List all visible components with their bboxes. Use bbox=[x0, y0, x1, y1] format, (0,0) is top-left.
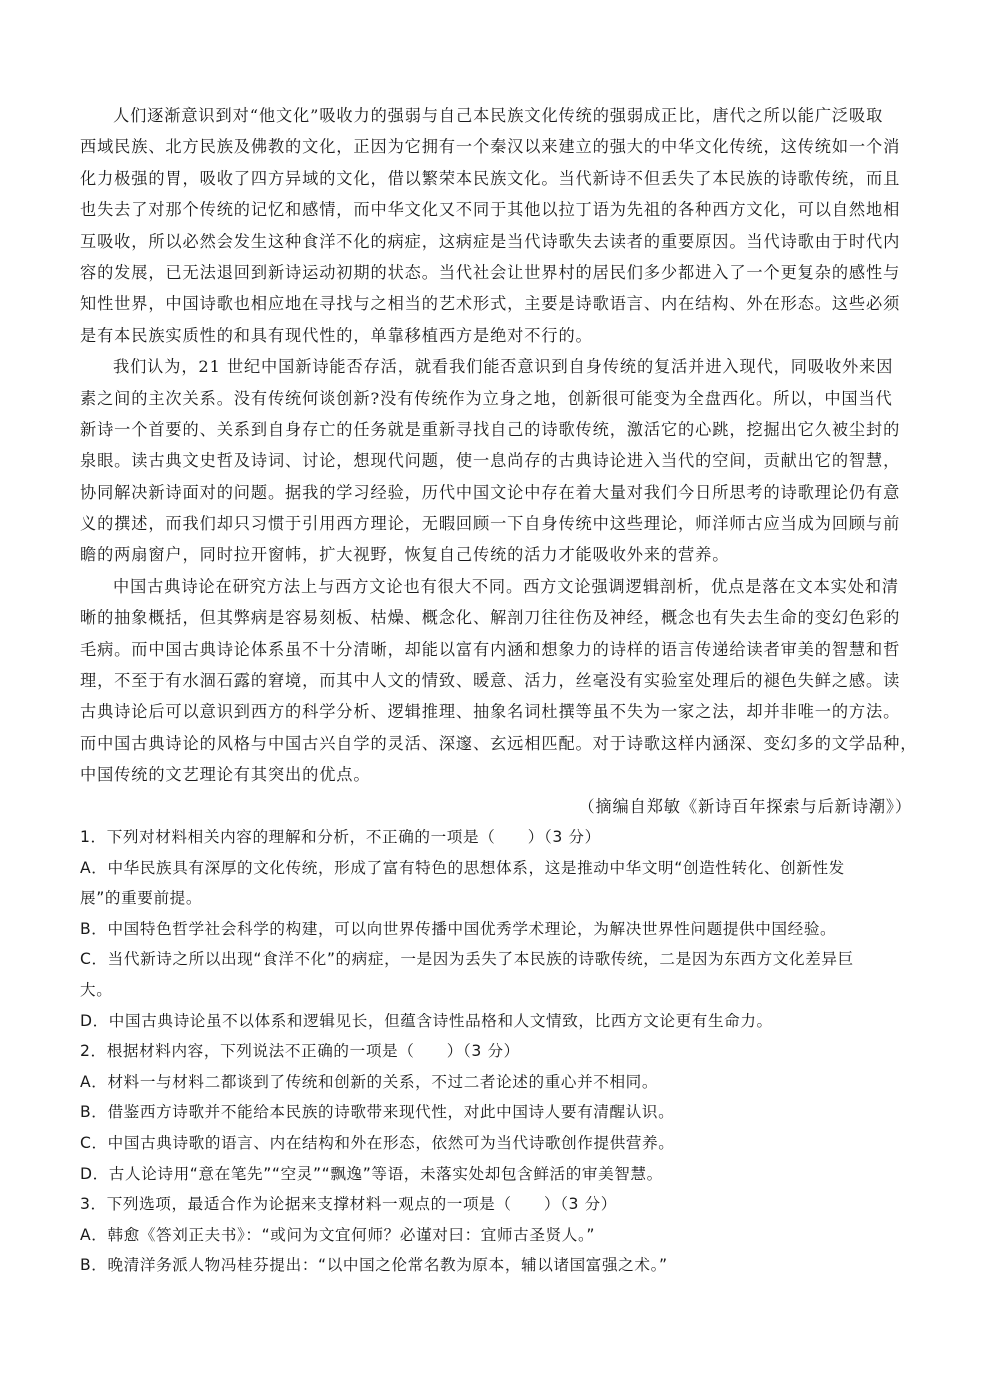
text-line: 西域民族、北方民族及佛教的文化，正因为它拥有一个秦汉以来建立的强大的中华文化传统… bbox=[80, 131, 920, 162]
option-a: A．韩愈《答刘正夫书》：“或问为文宜何师？必谨对曰：宜师古圣贤人。” bbox=[80, 1220, 920, 1251]
text-line: 古典诗论后可以意识到西方的科学分析、逻辑推理、抽象名词杜撰等虽不失为一家之法，却… bbox=[80, 696, 920, 727]
option-b: B．晚清洋务派人物冯桂芬提出：“以中国之伦常名教为原本，辅以诸国富强之术。” bbox=[80, 1250, 920, 1281]
question-stem: 3．下列选项，最适合作为论据来支撑材料一观点的一项是（ ）（3 分） bbox=[80, 1189, 920, 1220]
option-c-cont: 大。 bbox=[80, 975, 920, 1006]
option-d: D．中国古典诗论虽不以体系和逻辑见长，但蕴含诗性品格和人文情致，比西方文论更有生… bbox=[80, 1006, 920, 1037]
option-b: B．借鉴西方诗歌并不能给本民族的诗歌带来现代性，对此中国诗人要有清醒认识。 bbox=[80, 1097, 920, 1128]
text-line: 化力极强的胃，吸收了四方异域的文化，借以繁荣本民族文化。当代新诗不但丢失了本民族… bbox=[80, 163, 920, 194]
text-line: 毛病。而中国古典诗论体系虽不十分清晰，却能以富有内涵和想象力的诗样的语言传递给读… bbox=[80, 634, 920, 665]
question-stem: 1．下列对材料相关内容的理解和分析，不正确的一项是（ ）（3 分） bbox=[80, 822, 920, 853]
text-line: 中国传统的文艺理论有其突出的优点。 bbox=[80, 759, 920, 790]
option-b: B．中国特色哲学社会科学的构建，可以向世界传播中国优秀学术理论，为解决世界性问题… bbox=[80, 914, 920, 945]
option-a: A．材料一与材料二都谈到了传统和创新的关系，不过二者论述的重心并不相同。 bbox=[80, 1067, 920, 1098]
text-line: 协同解决新诗面对的问题。据我的学习经验，历代中国文论中存在着大量对我们今日所思考… bbox=[80, 477, 920, 508]
text-line: 我们认为，21 世纪中国新诗能否存活，就看我们能否意识到自身传统的复活并进入现代… bbox=[80, 351, 920, 382]
option-c: C．中国古典诗歌的语言、内在结构和外在形态，依然可为当代诗歌创作提供营养。 bbox=[80, 1128, 920, 1159]
paragraph-2: 我们认为，21 世纪中国新诗能否存活，就看我们能否意识到自身传统的复活并进入现代… bbox=[80, 351, 920, 571]
option-a: A．中华民族具有深厚的文化传统，形成了富有特色的思想体系，这是推动中华文明“创造… bbox=[80, 853, 920, 884]
text-line: 素之间的主次关系。没有传统何谈创新?没有传统作为立身之地，创新很可能变为全盘西化… bbox=[80, 383, 920, 414]
passage: 人们逐渐意识到对“他文化”吸收力的强弱与自己本民族文化传统的强弱成正比，唐代之所… bbox=[80, 100, 920, 822]
text-line: 也失去了对那个传统的记忆和感情，而中华文化又不同于其他以拉丁语为先祖的各种西方文… bbox=[80, 194, 920, 225]
option-c: C．当代新诗之所以出现“食洋不化”的病症，一是因为丢失了本民族的诗歌传统，二是因… bbox=[80, 944, 920, 975]
source-citation: （摘编自郑敏《新诗百年探索与后新诗潮》） bbox=[80, 791, 920, 822]
text-line: 中国古典诗论在研究方法上与西方文论也有很大不同。西方文论强调逻辑剖析，优点是落在… bbox=[80, 571, 920, 602]
text-line: 互吸收，所以必然会发生这种食洋不化的病症，这病症是当代诗歌失去读者的重要原因。当… bbox=[80, 226, 920, 257]
option-a-cont: 展”的重要前提。 bbox=[80, 883, 920, 914]
text-line: 义的撰述，而我们却只习惯于引用西方理论，无暇回顾一下自身传统中这些理论，师洋师古… bbox=[80, 508, 920, 539]
text-line: 理，不至于有水涸石露的窘境，而其中人文的情致、暖意、活力，丝毫没有实验室处理后的… bbox=[80, 665, 920, 696]
text-line: 泉眼。读古典文史哲及诗词、讨论，想现代问题，使一息尚存的古典诗论进入当代的空间，… bbox=[80, 445, 920, 476]
paragraph-1: 人们逐渐意识到对“他文化”吸收力的强弱与自己本民族文化传统的强弱成正比，唐代之所… bbox=[80, 100, 920, 351]
paragraph-3: 中国古典诗论在研究方法上与西方文论也有很大不同。西方文论强调逻辑剖析，优点是落在… bbox=[80, 571, 920, 791]
text-line: 新诗一个首要的、关系到自身存亡的任务就是重新寻找自己的诗歌传统，激活它的心跳，挖… bbox=[80, 414, 920, 445]
option-d: D．古人论诗用“意在笔先”“空灵”“飘逸”等语，未落实处却包含鲜活的审美智慧。 bbox=[80, 1159, 920, 1190]
text-line: 晰的抽象概括，但其弊病是容易刻板、枯燥、概念化、解剖刀往往伤及神经，概念也有失去… bbox=[80, 602, 920, 633]
question-stem: 2．根据材料内容，下列说法不正确的一项是（ ）（3 分） bbox=[80, 1036, 920, 1067]
question-1: 1．下列对材料相关内容的理解和分析，不正确的一项是（ ）（3 分） A．中华民族… bbox=[80, 822, 920, 1036]
question-3: 3．下列选项，最适合作为论据来支撑材料一观点的一项是（ ）（3 分） A．韩愈《… bbox=[80, 1189, 920, 1281]
text-line: 人们逐渐意识到对“他文化”吸收力的强弱与自己本民族文化传统的强弱成正比，唐代之所… bbox=[80, 100, 920, 131]
exam-page: 人们逐渐意识到对“他文化”吸收力的强弱与自己本民族文化传统的强弱成正比，唐代之所… bbox=[80, 100, 920, 1281]
question-2: 2．根据材料内容，下列说法不正确的一项是（ ）（3 分） A．材料一与材料二都谈… bbox=[80, 1036, 920, 1189]
text-line: 知性世界，中国诗歌也相应地在寻找与之相当的艺术形式，主要是诗歌语言、内在结构、外… bbox=[80, 288, 920, 319]
text-line: 是有本民族实质性的和具有现代性的，单靠移植西方是绝对不行的。 bbox=[80, 320, 920, 351]
text-line: 容的发展，已无法退回到新诗运动初期的状态。当代社会让世界村的居民们多少都进入了一… bbox=[80, 257, 920, 288]
text-line: 瞻的两扇窗户，同时拉开窗帏，扩大视野，恢复自己传统的活力才能吸收外来的营养。 bbox=[80, 539, 920, 570]
text-line: 而中国古典诗论的风格与中国古兴自学的灵活、深邃、玄远相匹配。对于诗歌这样内涵深、… bbox=[80, 728, 920, 759]
